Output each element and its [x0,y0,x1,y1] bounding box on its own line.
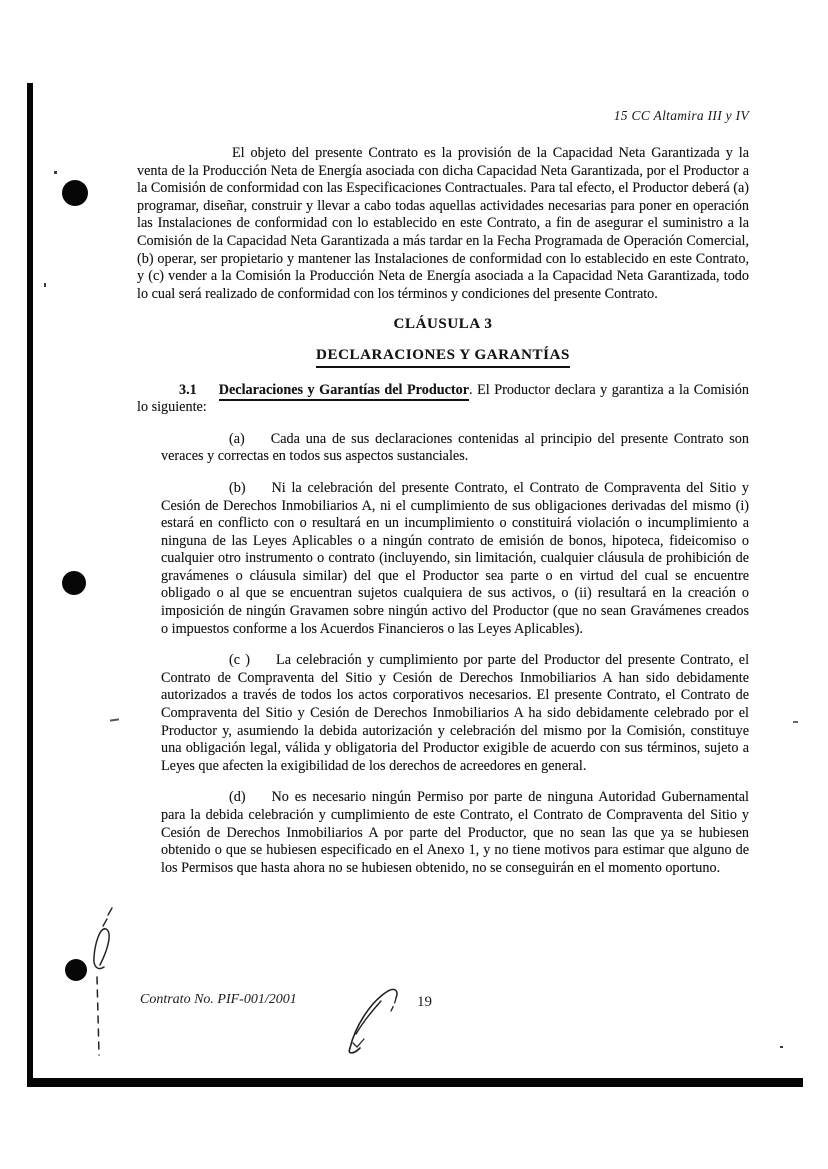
clause-number-heading: CLÁUSULA 3 [137,316,749,334]
document-body: El objeto del presente Contrato es la pr… [137,145,749,877]
item-text: La celebración y cumplimiento por parte … [161,652,749,774]
section-number: 3.1 [179,382,197,398]
footer-contract-number: Contrato No. PIF-001/2001 [140,992,297,1008]
clause-item-a: (a)Cada una de sus declaraciones conteni… [161,431,749,466]
item-text: Ni la celebración del presente Contrato,… [161,480,749,637]
hole-punch-dot [62,180,88,206]
section-3-1-paragraph: 3.1Declaraciones y Garantías del Product… [137,382,749,417]
intro-paragraph: El objeto del presente Contrato es la pr… [137,145,749,303]
scanned-contract-page: 15 CC Altamira III y IV El objeto del pr… [0,0,828,1169]
item-label: (b) [229,480,246,496]
scan-speck [54,171,57,174]
clause-item-b: (b)Ni la celebración del presente Contra… [161,480,749,638]
clause-title-heading: DECLARACIONES Y GARANTÍAS [137,347,749,368]
item-text: No es necesario ningún Permiso por parte… [161,789,749,875]
section-heading-underlined: Declaraciones y Garantías del Productor [219,382,469,401]
scan-edge-bottom-bar [27,1078,803,1087]
item-label: (c ) [229,652,250,668]
clause-title-underlined-text: DECLARACIONES Y GARANTÍAS [316,347,570,368]
page-header-right: 15 CC Altamira III y IV [614,108,749,124]
margin-pen-loop-and-dashed-line [82,905,122,1065]
clause-item-c: (c )La celebración y cumplimiento por pa… [161,652,749,775]
item-label: (a) [229,431,245,447]
scan-speck [793,721,798,723]
item-label: (d) [229,789,246,805]
footer-page-number: 19 [417,994,432,1011]
scan-speck [780,1046,783,1048]
hole-punch-dot [62,571,86,595]
scan-speck [44,283,46,287]
signature-scribble-mark [338,982,408,1066]
scan-edge-left-bar [27,83,33,1086]
scan-speck [110,718,119,721]
clause-item-d: (d)No es necesario ningún Permiso por pa… [161,789,749,877]
check-pen-mark [352,1038,366,1048]
item-text: Cada una de sus declaraciones contenidas… [161,431,749,465]
